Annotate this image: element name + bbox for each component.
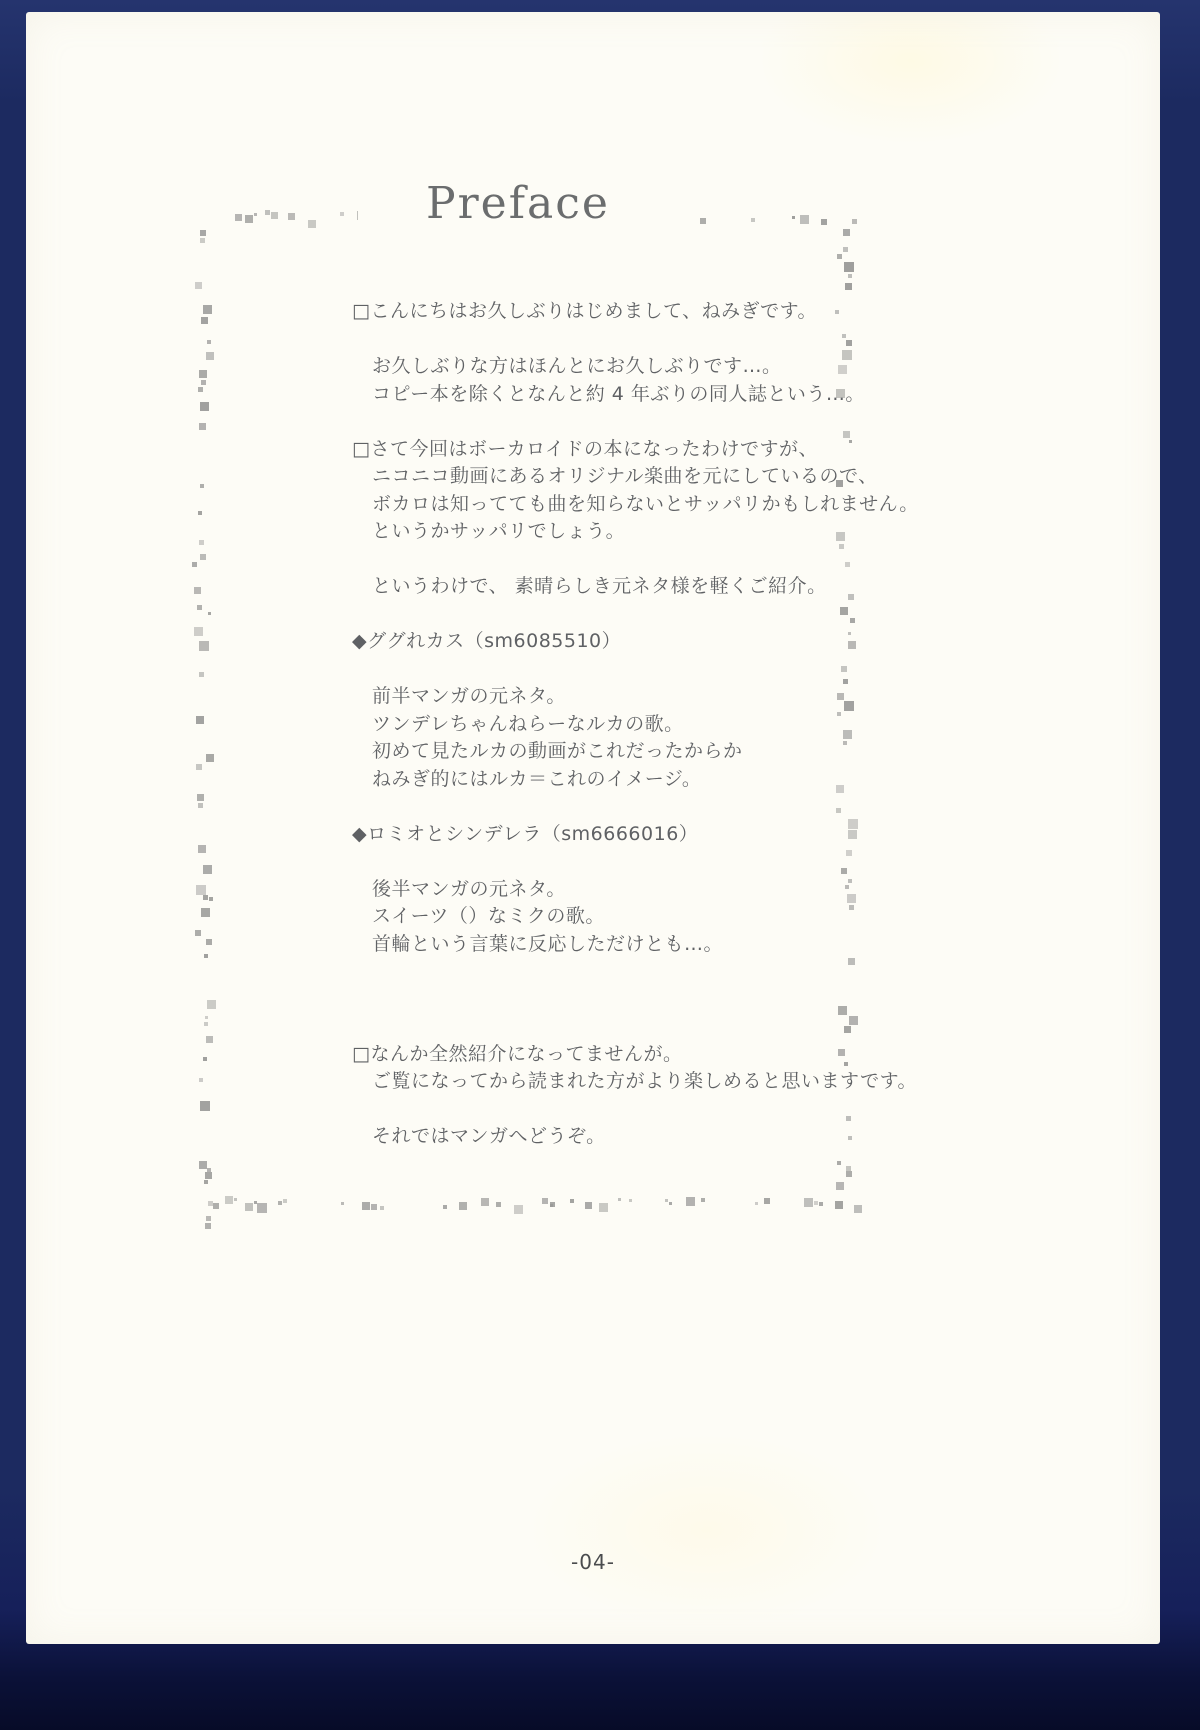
border-dot [701, 1198, 705, 1202]
border-dot [200, 238, 205, 243]
border-dot [195, 282, 202, 289]
border-dot [203, 865, 212, 874]
border-dot [199, 540, 204, 545]
border-dot [459, 1202, 467, 1210]
border-dot [194, 587, 201, 594]
border-dot [821, 219, 827, 225]
border-dot [204, 954, 208, 958]
border-dot [199, 1161, 207, 1169]
border-dot [341, 1202, 344, 1205]
border-dot [854, 1205, 862, 1213]
border-dot [206, 1036, 213, 1043]
border-dot [570, 1199, 574, 1203]
border-dot [195, 930, 201, 936]
border-dot [629, 1199, 632, 1202]
border-dot [209, 897, 213, 901]
border-dot [800, 215, 809, 224]
preface-line: ボカロは知ってても曲を知らないとサッパリかもしれません。 [352, 491, 912, 519]
border-dot [204, 1180, 208, 1184]
border-dot [845, 283, 852, 290]
preface-line: コピー本を除くとなんと約 4 年ぶりの同人誌という…。 [352, 381, 912, 409]
border-dot [852, 219, 857, 224]
border-dot [198, 387, 203, 392]
preface-paragraph: □さて今回はボーカロイドの本になったわけですが、ニコニコ動画にあるオリジナル楽曲… [352, 436, 912, 546]
border-dot [283, 1199, 287, 1203]
border-dot [764, 1198, 770, 1204]
border-dot [199, 672, 204, 677]
border-dot [225, 1196, 233, 1204]
border-dot [200, 1101, 210, 1111]
preface-paragraph: ◆ロミオとシンデレラ（sm6666016） [352, 821, 912, 849]
border-dot [194, 627, 203, 636]
border-dot [200, 230, 206, 236]
border-dot [550, 1204, 553, 1207]
preface-line: ◆ロミオとシンデレラ（sm6666016） [352, 821, 912, 849]
border-dot [201, 908, 210, 917]
border-dot [199, 1078, 203, 1082]
border-dot [192, 562, 197, 567]
preface-line: □こんにちはお久しぶりはじめまして、ねみぎです。 [352, 298, 912, 326]
border-dot [197, 794, 204, 801]
preface-line: 後半マンガの元ネタ。 [352, 876, 912, 904]
border-dot [199, 370, 207, 378]
preface-paragraph: お久しぶりな方はほんとにお久しぶりです…。コピー本を除くとなんと約 4 年ぶりの… [352, 353, 912, 408]
preface-line: 前半マンガの元ネタ。 [352, 683, 912, 711]
border-dot [669, 1202, 672, 1205]
preface-paragraph: 後半マンガの元ネタ。スイーツ（）なミクの歌。首輪という言葉に反応しただけとも…。 [352, 876, 912, 959]
preface-line: ◆ググれカス（sm6085510） [352, 628, 912, 656]
border-dot [278, 1201, 282, 1205]
border-dot [203, 895, 208, 900]
border-dot [207, 1168, 211, 1172]
border-dot [254, 213, 257, 216]
border-dot [308, 220, 316, 228]
preface-line: 首輪という言葉に反応しただけとも…。 [352, 931, 912, 959]
border-dot [443, 1205, 447, 1209]
border-dot [481, 1198, 489, 1206]
border-dot [196, 885, 206, 895]
border-dot [204, 1022, 208, 1026]
border-dot [814, 1201, 818, 1205]
border-dot [200, 484, 204, 488]
border-dot [196, 764, 202, 770]
border-dot [203, 1057, 207, 1061]
preface-paragraph: ◆ググれカス（sm6085510） [352, 628, 912, 656]
preface-line: □なんか全然紹介になってませんが。 [352, 1041, 912, 1069]
border-dot [208, 612, 211, 615]
border-dot [819, 1202, 823, 1206]
preface-line: ご覧になってから読まれた方がより楽しめると思いますです。 [352, 1068, 912, 1096]
border-dot [197, 605, 202, 610]
border-dot [271, 212, 278, 219]
border-dot [686, 1197, 695, 1206]
border-dot [205, 1223, 211, 1229]
page-title: Preface [358, 178, 678, 229]
border-dot [550, 1202, 555, 1207]
preface-line: お久しぶりな方はほんとにお久しぶりです…。 [352, 353, 912, 381]
border-dot [848, 274, 852, 278]
border-dot [201, 380, 206, 385]
border-dot [206, 1216, 211, 1221]
border-dot [371, 1204, 377, 1210]
border-dot [257, 1203, 267, 1213]
border-dot [200, 402, 209, 411]
border-dot [846, 1166, 851, 1171]
preface-paragraph: 前半マンガの元ネタ。ツンデレちゃんねらーなルカの歌。初めて見たルカの動画がこれだ… [352, 683, 912, 793]
border-dot [213, 1203, 219, 1209]
border-dot [203, 305, 212, 314]
border-dot [837, 1161, 841, 1165]
border-dot [804, 1198, 813, 1207]
border-dot [751, 218, 755, 222]
border-dot [496, 1202, 501, 1207]
preface-line: というかサッパリでしょう。 [352, 518, 912, 546]
preface-body-text: □こんにちはお久しぶりはじめまして、ねみぎです。お久しぶりな方はほんとにお久しぶ… [352, 298, 912, 1151]
border-dot [542, 1198, 548, 1204]
border-dot [836, 1182, 844, 1190]
border-dot [208, 1201, 213, 1206]
page-number: -04- [26, 1550, 1160, 1574]
border-dot [380, 1206, 384, 1210]
border-dot [196, 716, 204, 724]
border-dot [514, 1205, 523, 1214]
border-dot [245, 1203, 253, 1211]
border-dot [245, 215, 253, 223]
border-dot [206, 352, 214, 360]
border-dot [755, 1202, 758, 1205]
border-dot [837, 254, 842, 259]
border-dot [362, 1202, 370, 1210]
preface-line: というわけで、 素晴らしき元ネタ様を軽くご紹介。 [352, 573, 912, 601]
border-dot [207, 340, 211, 344]
border-dot [234, 1198, 237, 1201]
preface-line: ニコニコ動画にあるオリジナル楽曲を元にしているので、 [352, 463, 912, 491]
border-dot [792, 216, 795, 219]
border-dot [235, 214, 242, 221]
border-dot [198, 845, 206, 853]
preface-paragraph: それではマンガへどうぞ。 [352, 1123, 912, 1151]
border-dot [340, 212, 344, 216]
border-dot [198, 803, 203, 808]
border-dot [201, 317, 208, 324]
border-dot [618, 1198, 621, 1201]
border-dot [288, 213, 295, 220]
border-dot [198, 511, 202, 515]
preface-line: ねみぎ的にはルカ＝これのイメージ。 [352, 766, 912, 794]
preface-line: それではマンガへどうぞ。 [352, 1123, 912, 1151]
border-dot [599, 1203, 608, 1212]
preface-line: 初めて見たルカの動画がこれだったからか [352, 738, 912, 766]
border-dot [206, 939, 212, 945]
border-dot [846, 1171, 852, 1177]
border-dot [205, 1172, 212, 1179]
preface-line: □さて今回はボーカロイドの本になったわけですが、 [352, 436, 912, 464]
border-dot [835, 1201, 843, 1209]
scanned-page: Preface □こんにちはお久しぶりはじめまして、ねみぎです。お久しぶりな方は… [26, 12, 1160, 1644]
preface-line: ツンデレちゃんねらーなルカの歌。 [352, 711, 912, 739]
border-dot [205, 1016, 208, 1019]
border-dot [254, 1201, 257, 1204]
border-dot [843, 229, 850, 236]
border-dot [206, 754, 214, 762]
book-cover-background: { "page": { "title": "Preface", "page_nu… [0, 0, 1200, 1730]
border-dot [265, 210, 270, 215]
preface-paragraph: というわけで、 素晴らしき元ネタ様を軽くご紹介。 [352, 573, 912, 601]
preface-paragraph: □なんか全然紹介になってませんが。ご覧になってから読まれた方がより楽しめると思い… [352, 1041, 912, 1096]
border-dot [199, 423, 206, 430]
border-dot [207, 1000, 216, 1009]
border-dot [200, 554, 206, 560]
border-dot [700, 218, 706, 224]
border-dot [585, 1202, 592, 1209]
border-dot [199, 641, 209, 651]
border-dot [843, 247, 848, 252]
border-dot [665, 1199, 668, 1202]
preface-line: スイーツ（）なミクの歌。 [352, 903, 912, 931]
preface-paragraph: □こんにちはお久しぶりはじめまして、ねみぎです。 [352, 298, 912, 326]
border-dot [844, 262, 854, 272]
